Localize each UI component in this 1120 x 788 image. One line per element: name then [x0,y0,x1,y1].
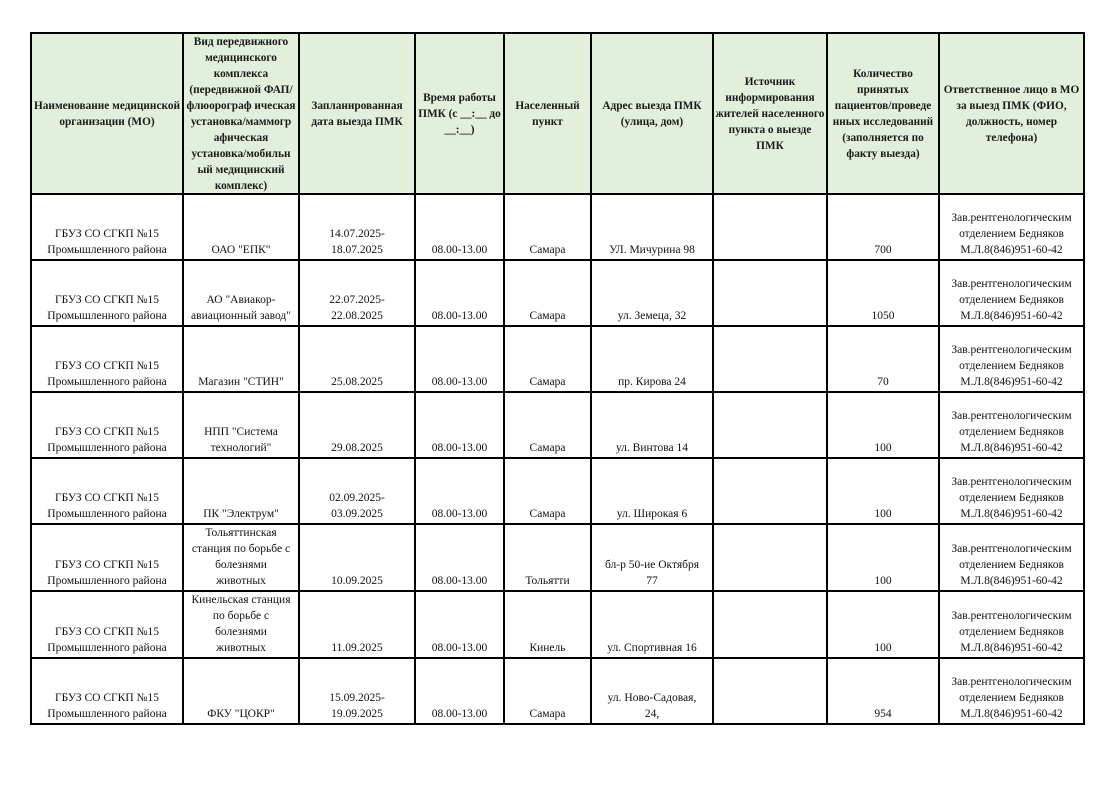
cell-work-hours-text: 08.00-13.00 [417,374,502,390]
cell-complex-type-text: ПК "Электрум" [185,506,297,522]
cell-patients-count: 1050 [827,260,939,326]
cell-work-hours: 08.00-13.00 [415,524,504,591]
cell-address: ул. Широкая 6 [591,458,713,524]
cell-address-text: ул. Винтова 14 [593,440,711,456]
cell-organization: ГБУЗ СО СГКП №15 Промышленного района [31,194,183,260]
cell-address-text: УЛ. Мичурина 98 [593,242,711,258]
cell-address-text: ул. Спортивная 16 [593,640,711,656]
cell-planned-date: 11.09.2025 [299,591,415,658]
cell-work-hours-text: 08.00-13.00 [417,640,502,656]
table-row: ГБУЗ СО СГКП №15 Промышленного районаМаг… [31,326,1084,392]
cell-info-source [713,458,827,524]
cell-patients-count-text: 100 [829,440,937,456]
cell-locality-text: Самара [506,308,589,324]
cell-locality: Самара [504,260,591,326]
header-address: Адрес выезда ПМК (улица, дом) [591,33,713,194]
cell-planned-date-text: 25.08.2025 [301,374,413,390]
cell-complex-type: АО "Авиакор- авиационный завод" [183,260,299,326]
cell-planned-date-text: 10.09.2025 [301,573,413,589]
cell-locality-text: Самара [506,242,589,258]
cell-work-hours: 08.00-13.00 [415,392,504,458]
cell-address: бл-р 50-ие Октября 77 [591,524,713,591]
cell-planned-date-text: 22.07.2025- 22.08.2025 [301,292,413,324]
header-address-label: Адрес выезда ПМК (улица, дом) [593,98,711,130]
cell-responsible: Зав.рентгенологическим отделением Бедняк… [939,326,1084,392]
cell-organization: ГБУЗ СО СГКП №15 Промышленного района [31,260,183,326]
cell-planned-date: 14.07.2025- 18.07.2025 [299,194,415,260]
cell-planned-date: 29.08.2025 [299,392,415,458]
cell-responsible-text: Зав.рентгенологическим отделением Бедняк… [941,674,1082,722]
cell-complex-type: ФКУ "ЦОКР" [183,658,299,724]
cell-work-hours: 08.00-13.00 [415,591,504,658]
cell-work-hours: 08.00-13.00 [415,458,504,524]
table-row: ГБУЗ СО СГКП №15 Промышленного районаНПП… [31,392,1084,458]
pmk-schedule-table: Наименование медицинской организации (МО… [30,32,1085,725]
cell-work-hours: 08.00-13.00 [415,658,504,724]
cell-work-hours-text: 08.00-13.00 [417,308,502,324]
cell-address: ул. Винтова 14 [591,392,713,458]
cell-complex-type-text: ОАО "ЕПК" [185,242,297,258]
cell-work-hours-text: 08.00-13.00 [417,242,502,258]
cell-responsible: Зав.рентгенологическим отделением Бедняк… [939,458,1084,524]
header-complex-type-label: Вид передвижного медицинского комплекса … [185,35,297,192]
cell-locality-text: Самара [506,374,589,390]
cell-work-hours: 08.00-13.00 [415,194,504,260]
header-organization-label: Наименование медицинской организации (МО… [33,98,181,130]
table-row: ГБУЗ СО СГКП №15 Промышленного районаАО … [31,260,1084,326]
cell-complex-type-text: Кинельская станция по борьбе с болезнями… [185,592,297,656]
cell-address: ул. Ново-Садовая, 24, [591,658,713,724]
cell-organization-text: ГБУЗ СО СГКП №15 Промышленного района [33,292,181,324]
cell-locality: Кинель [504,591,591,658]
cell-locality: Самара [504,194,591,260]
cell-address: ул. Земеца, 32 [591,260,713,326]
cell-address-text: ул. Широкая 6 [593,506,711,522]
cell-patients-count: 70 [827,326,939,392]
cell-locality: Самара [504,458,591,524]
cell-info-source [713,260,827,326]
cell-locality: Самара [504,326,591,392]
header-patients-count: Количество принятых пациентов/проведе нн… [827,33,939,194]
cell-planned-date-text: 11.09.2025 [301,640,413,656]
cell-organization-text: ГБУЗ СО СГКП №15 Промышленного района [33,690,181,722]
cell-locality: Тольятти [504,524,591,591]
cell-address: ул. Спортивная 16 [591,591,713,658]
cell-info-source [713,392,827,458]
cell-patients-count: 700 [827,194,939,260]
cell-organization: ГБУЗ СО СГКП №15 Промышленного района [31,591,183,658]
cell-organization: ГБУЗ СО СГКП №15 Промышленного района [31,458,183,524]
header-work-hours: Время работы ПМК (с __:__ до __:__) [415,33,504,194]
header-row: Наименование медицинской организации (МО… [31,33,1084,194]
cell-complex-type: ПК "Электрум" [183,458,299,524]
header-info-source: Источник информирования жителей населенн… [713,33,827,194]
cell-organization: ГБУЗ СО СГКП №15 Промышленного района [31,392,183,458]
cell-planned-date-text: 15.09.2025- 19.09.2025 [301,690,413,722]
header-organization: Наименование медицинской организации (МО… [31,33,183,194]
cell-patients-count-text: 70 [829,374,937,390]
table-header: Наименование медицинской организации (МО… [31,33,1084,194]
cell-complex-type: Магазин "СТИН" [183,326,299,392]
table-row: ГБУЗ СО СГКП №15 Промышленного районаПК … [31,458,1084,524]
cell-locality-text: Самара [506,706,589,722]
cell-planned-date: 15.09.2025- 19.09.2025 [299,658,415,724]
cell-organization-text: ГБУЗ СО СГКП №15 Промышленного района [33,226,181,258]
cell-complex-type: НПП "Система технологий" [183,392,299,458]
cell-address: пр. Кирова 24 [591,326,713,392]
table-row: ГБУЗ СО СГКП №15 Промышленного районаТол… [31,524,1084,591]
cell-organization-text: ГБУЗ СО СГКП №15 Промышленного района [33,557,181,589]
cell-patients-count-text: 700 [829,242,937,258]
cell-responsible: Зав.рентгенологическим отделением Бедняк… [939,658,1084,724]
cell-address: УЛ. Мичурина 98 [591,194,713,260]
cell-organization-text: ГБУЗ СО СГКП №15 Промышленного района [33,490,181,522]
cell-responsible-text: Зав.рентгенологическим отделением Бедняк… [941,541,1082,589]
cell-address-text: ул. Земеца, 32 [593,308,711,324]
header-responsible-label: Ответственное лицо в МО за выезд ПМК (ФИ… [941,82,1082,146]
table-row: ГБУЗ СО СГКП №15 Промышленного районаКин… [31,591,1084,658]
cell-organization-text: ГБУЗ СО СГКП №15 Промышленного района [33,624,181,656]
cell-organization-text: ГБУЗ СО СГКП №15 Промышленного района [33,358,181,390]
cell-planned-date: 22.07.2025- 22.08.2025 [299,260,415,326]
cell-patients-count: 100 [827,458,939,524]
cell-responsible-text: Зав.рентгенологическим отделением Бедняк… [941,210,1082,258]
header-info-source-label: Источник информирования жителей населенн… [715,74,825,154]
header-patients-count-label: Количество принятых пациентов/проведе нн… [829,66,937,162]
cell-info-source [713,524,827,591]
cell-complex-type: Кинельская станция по борьбе с болезнями… [183,591,299,658]
table-row: ГБУЗ СО СГКП №15 Промышленного районаОАО… [31,194,1084,260]
cell-responsible: Зав.рентгенологическим отделением Бедняк… [939,194,1084,260]
cell-organization: ГБУЗ СО СГКП №15 Промышленного района [31,326,183,392]
cell-patients-count: 100 [827,392,939,458]
cell-address-text: бл-р 50-ие Октября 77 [593,557,711,589]
cell-info-source [713,326,827,392]
cell-planned-date-text: 02.09.2025- 03.09.2025 [301,490,413,522]
cell-responsible-text: Зав.рентгенологическим отделением Бедняк… [941,342,1082,390]
cell-patients-count: 100 [827,591,939,658]
cell-responsible-text: Зав.рентгенологическим отделением Бедняк… [941,408,1082,456]
cell-planned-date: 02.09.2025- 03.09.2025 [299,458,415,524]
cell-complex-type-text: Магазин "СТИН" [185,374,297,390]
cell-locality-text: Тольятти [506,573,589,589]
cell-patients-count-text: 100 [829,506,937,522]
cell-work-hours: 08.00-13.00 [415,326,504,392]
cell-patients-count-text: 100 [829,640,937,656]
cell-planned-date: 25.08.2025 [299,326,415,392]
cell-responsible: Зав.рентгенологическим отделением Бедняк… [939,392,1084,458]
cell-responsible: Зав.рентгенологическим отделением Бедняк… [939,524,1084,591]
cell-work-hours-text: 08.00-13.00 [417,440,502,456]
cell-info-source [713,194,827,260]
cell-work-hours-text: 08.00-13.00 [417,706,502,722]
header-planned-date: Запланированная дата выезда ПМК [299,33,415,194]
cell-info-source [713,591,827,658]
cell-locality-text: Самара [506,440,589,456]
cell-address-text: пр. Кирова 24 [593,374,711,390]
header-complex-type: Вид передвижного медицинского комплекса … [183,33,299,194]
cell-complex-type: ОАО "ЕПК" [183,194,299,260]
cell-work-hours: 08.00-13.00 [415,260,504,326]
header-responsible: Ответственное лицо в МО за выезд ПМК (ФИ… [939,33,1084,194]
cell-patients-count: 100 [827,524,939,591]
cell-organization: ГБУЗ СО СГКП №15 Промышленного района [31,658,183,724]
cell-complex-type-text: НПП "Система технологий" [185,424,297,456]
cell-patients-count-text: 1050 [829,308,937,324]
cell-complex-type-text: АО "Авиакор- авиационный завод" [185,292,297,324]
header-locality-label: Населенный пункт [506,98,589,130]
cell-responsible-text: Зав.рентгенологическим отделением Бедняк… [941,608,1082,656]
cell-address-text: ул. Ново-Садовая, 24, [593,690,711,722]
cell-responsible: Зав.рентгенологическим отделением Бедняк… [939,260,1084,326]
cell-planned-date-text: 29.08.2025 [301,440,413,456]
cell-organization: ГБУЗ СО СГКП №15 Промышленного района [31,524,183,591]
table-row: ГБУЗ СО СГКП №15 Промышленного районаФКУ… [31,658,1084,724]
table-body: ГБУЗ СО СГКП №15 Промышленного районаОАО… [31,194,1084,724]
cell-responsible-text: Зав.рентгенологическим отделением Бедняк… [941,474,1082,522]
cell-planned-date-text: 14.07.2025- 18.07.2025 [301,226,413,258]
header-planned-date-label: Запланированная дата выезда ПМК [301,98,413,130]
cell-work-hours-text: 08.00-13.00 [417,506,502,522]
cell-locality: Самара [504,392,591,458]
cell-organization-text: ГБУЗ СО СГКП №15 Промышленного района [33,424,181,456]
cell-locality-text: Самара [506,506,589,522]
cell-complex-type-text: Тольяттинская станция по борьбе с болезн… [185,525,297,589]
cell-patients-count: 954 [827,658,939,724]
cell-info-source [713,658,827,724]
cell-work-hours-text: 08.00-13.00 [417,573,502,589]
cell-locality-text: Кинель [506,640,589,656]
cell-responsible-text: Зав.рентгенологическим отделением Бедняк… [941,276,1082,324]
cell-complex-type: Тольяттинская станция по борьбе с болезн… [183,524,299,591]
header-work-hours-label: Время работы ПМК (с __:__ до __:__) [417,90,502,138]
header-locality: Населенный пункт [504,33,591,194]
cell-planned-date: 10.09.2025 [299,524,415,591]
cell-complex-type-text: ФКУ "ЦОКР" [185,706,297,722]
cell-responsible: Зав.рентгенологическим отделением Бедняк… [939,591,1084,658]
cell-patients-count-text: 954 [829,706,937,722]
cell-patients-count-text: 100 [829,573,937,589]
cell-locality: Самара [504,658,591,724]
